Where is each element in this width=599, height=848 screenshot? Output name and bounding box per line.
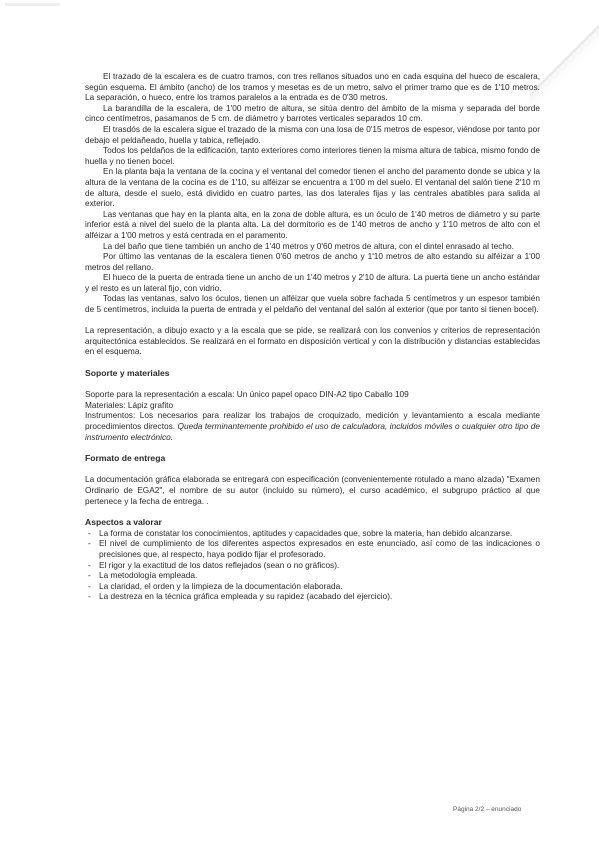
- scan-artifact: [5, 3, 60, 6]
- paragraph-ground-floor-windows: En la planta baja la ventana de la cocin…: [85, 166, 540, 208]
- soporte-line: Soporte para la representación a escala:…: [85, 389, 540, 400]
- paragraph-steps: Todos los peldaños de la edificación, ta…: [85, 145, 540, 166]
- spacer: [85, 357, 540, 368]
- bullet-dash-icon: -: [88, 528, 91, 539]
- spacer: [85, 506, 540, 517]
- paragraph-railing: La barandilla de la escalera, de 1'00 me…: [85, 103, 540, 124]
- document-body: El trazado de la escalera es de cuatro t…: [85, 71, 540, 602]
- page-fold-shadow: [530, 0, 599, 120]
- spacer: [85, 379, 540, 390]
- instrumentos-paragraph: Instrumentos: Los necesarios para realiz…: [85, 410, 540, 442]
- paragraph-entrance-door: El hueco de la puerta de entrada tiene u…: [85, 272, 540, 293]
- bullet-dash-icon: -: [88, 560, 91, 571]
- page-footer: Página 2/2 – enunciado: [453, 806, 521, 813]
- spacer: [85, 315, 540, 326]
- section-title-formato: Formato de entrega: [85, 453, 540, 464]
- bullet-dash-icon: -: [88, 538, 91, 549]
- list-item: -El rigor y la exactitud de los datos re…: [85, 560, 540, 571]
- bullet-dash-icon: -: [88, 570, 91, 581]
- spacer: [85, 442, 540, 453]
- list-item: -La destreza en la técnica gráfica emple…: [85, 591, 540, 602]
- paragraph-sills: Todas las ventanas, salvo los óculos, ti…: [85, 293, 540, 314]
- paragraph-upper-floor-windows: Las ventanas que hay en la planta alta, …: [85, 209, 540, 241]
- bullet-dash-icon: -: [88, 581, 91, 592]
- paragraph-stair-layout: El trazado de la escalera es de cuatro t…: [85, 71, 540, 103]
- paragraph-stair-windows: Por último las ventanas de la escalera t…: [85, 251, 540, 272]
- list-item: -El nivel de cumplimiento de los diferen…: [85, 538, 540, 559]
- list-item: -La claridad, el orden y la limpieza de …: [85, 581, 540, 592]
- spacer: [85, 464, 540, 475]
- paragraph-bathroom-window: La del baño que tiene también un ancho d…: [85, 241, 540, 252]
- paragraph-representation: La representación, a dibujo exacto y a l…: [85, 325, 540, 357]
- formato-paragraph: La documentación gráfica elaborada se en…: [85, 474, 540, 506]
- section-title-aspectos: Aspectos a valorar: [85, 517, 540, 528]
- aspectos-list: -La forma de constatar los conocimientos…: [85, 528, 540, 602]
- section-title-soporte: Soporte y materiales: [85, 368, 540, 379]
- paragraph-stair-soffit: El trasdós de la escalera sigue el traza…: [85, 124, 540, 145]
- list-item: -La metodología empleada.: [85, 570, 540, 581]
- list-item: -La forma de constatar los conocimientos…: [85, 528, 540, 539]
- bullet-dash-icon: -: [88, 591, 91, 602]
- materiales-line: Materiales: Lápiz grafito: [85, 400, 540, 411]
